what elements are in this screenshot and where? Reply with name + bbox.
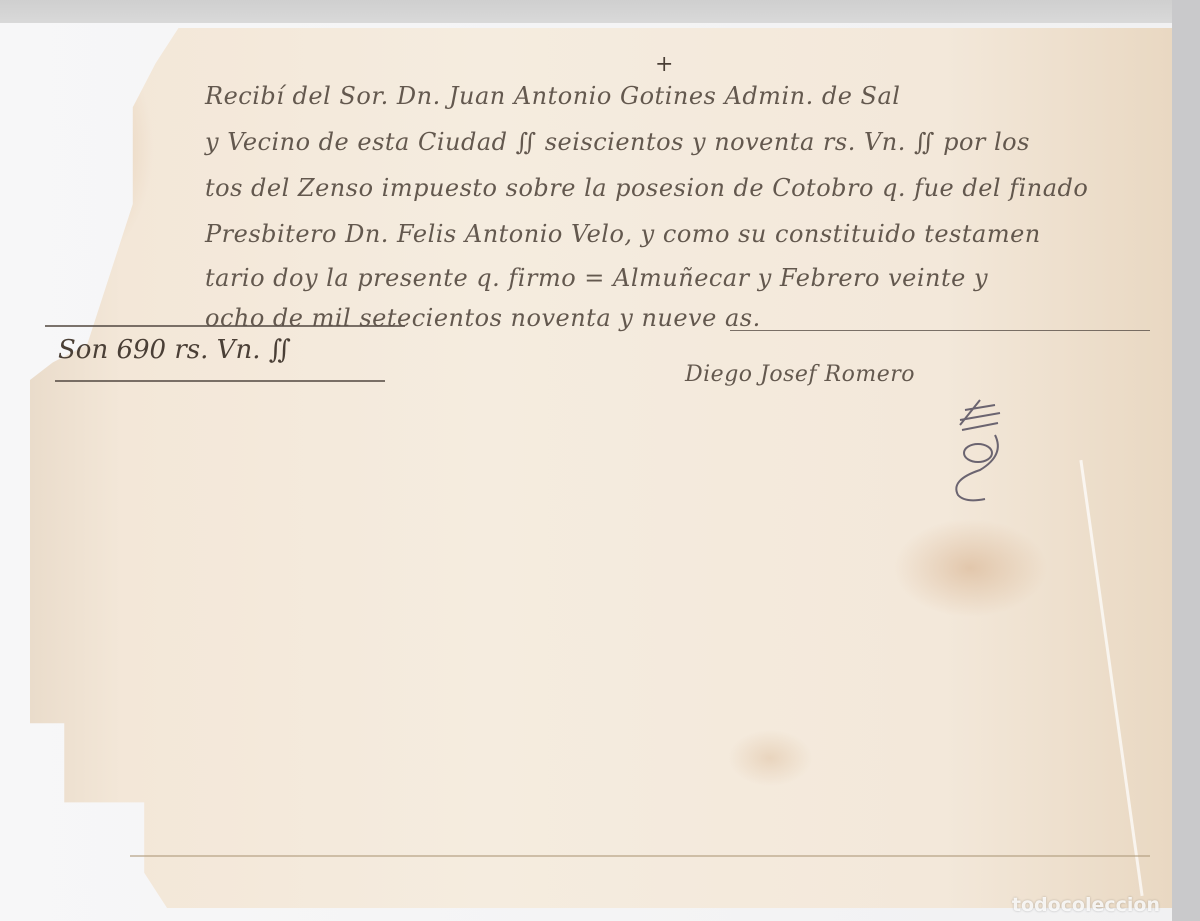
manuscript-line-2: y Vecino de esta Ciudad ∬ seiscientos y … xyxy=(205,128,1030,156)
cross-mark: + xyxy=(655,52,673,77)
manuscript-line-5: tario doy la presente q. firmo = Almuñec… xyxy=(205,264,988,292)
manuscript-line-4: Presbitero Dn. Felis Antonio Velo, y com… xyxy=(205,220,1041,248)
top-frame-bar xyxy=(0,0,1200,23)
manuscript-line-1: Recibí del Sor. Dn. Juan Antonio Gotines… xyxy=(205,82,900,110)
amount-note: Son 690 rs. Vn. ∬ xyxy=(58,335,291,365)
underlying-sheet-edge xyxy=(130,855,1150,857)
rubric-flourish-icon xyxy=(940,395,1010,505)
signature: Diego Josef Romero xyxy=(685,362,915,387)
closing-line xyxy=(730,330,1150,331)
watermark: todocoleccion xyxy=(1012,894,1160,916)
right-frame-bar xyxy=(1172,0,1200,921)
manuscript-line-6: ocho de mil setecientos noventa y nueve … xyxy=(205,304,761,332)
amount-top-rule xyxy=(45,325,405,327)
amount-bottom-rule xyxy=(55,380,385,382)
manuscript-line-3: tos del Zenso impuesto sobre la posesion… xyxy=(205,174,1088,202)
